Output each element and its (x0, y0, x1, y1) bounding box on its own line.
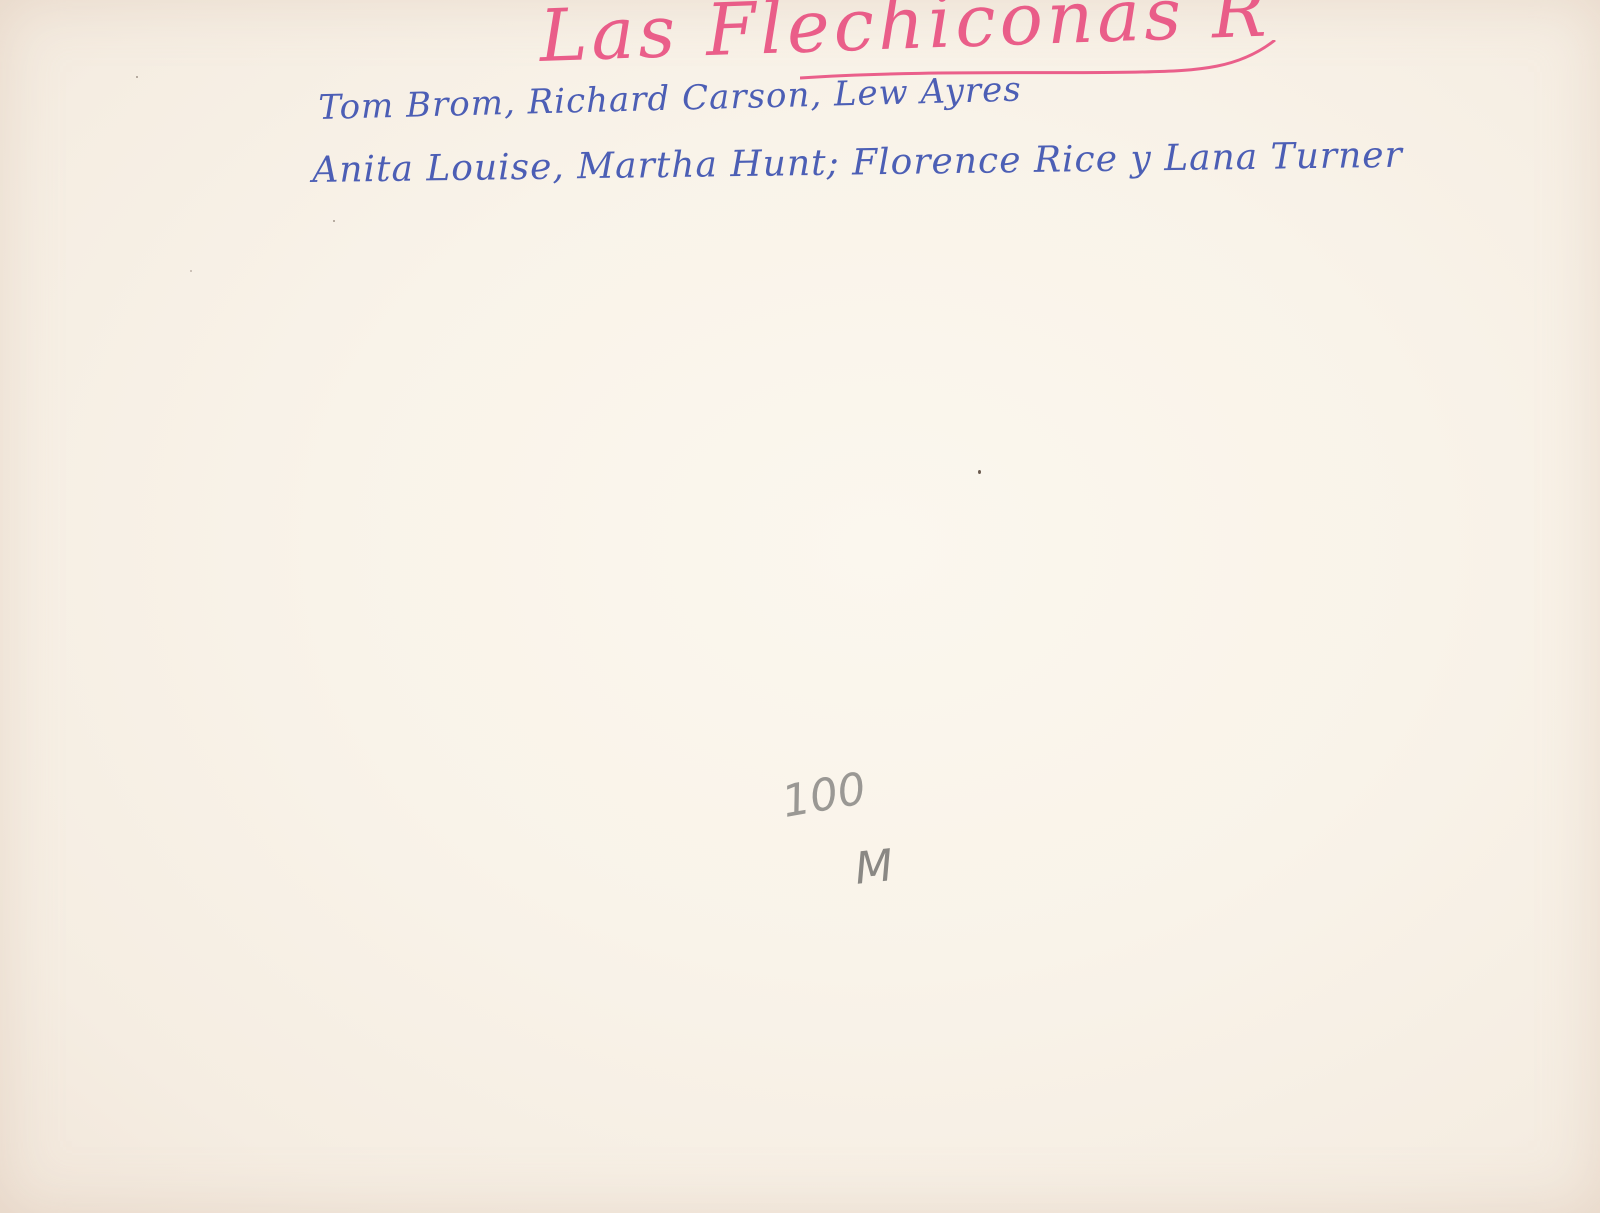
handwritten-cast-line-2: Anita Louise, Martha Hunt; Florence Rice… (312, 135, 1403, 191)
pencil-number-mark: 100 (778, 763, 870, 828)
pencil-letter-mark: M (852, 840, 895, 895)
paper-speck (190, 270, 192, 272)
paper-speck (333, 220, 335, 222)
paper-speck (978, 470, 981, 474)
paper-speck (136, 76, 138, 78)
photo-card-back: Las Flechiconas R Tom Brom, Richard Cars… (0, 0, 1600, 1213)
handwritten-cast-line-1: Tom Brom, Richard Carson, Lew Ayres (318, 70, 1022, 128)
